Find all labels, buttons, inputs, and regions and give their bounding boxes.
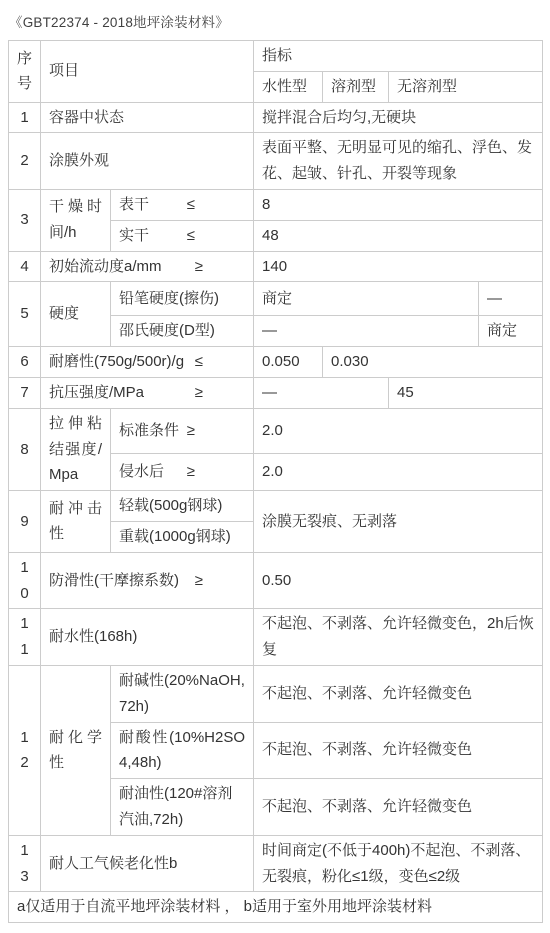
row12-no: 12 — [9, 665, 41, 835]
row1-item: 容器中状态 — [41, 102, 254, 133]
row8-sub1-value: 2.0 — [254, 454, 543, 491]
page: 《GBT22374 - 2018地坪涂装材料》 序号 项目 指标 水性型 溶剂型… — [0, 0, 550, 933]
row3-sub1-label: 实干 ≤ — [111, 220, 254, 251]
row8-sub0-label: 标准条件 ≥ — [111, 408, 254, 454]
row5-sub0-label: 铅笔硬度(擦伤) — [111, 282, 254, 316]
table-row-11: 11 耐水性(168h) 不起泡、不剥落、允许轻微变色，2h后恢复 — [9, 609, 543, 666]
header-no: 序号 — [9, 41, 41, 103]
row3-sub1-value: 48 — [254, 220, 543, 251]
row5-item: 硬度 — [41, 282, 111, 347]
table-row-7: 7 抗压强度/MPa ≥ — 45 — [9, 377, 543, 408]
row8-sub1-label: 侵水后 ≥ — [111, 454, 254, 491]
row10-value: 0.50 — [254, 552, 543, 609]
page-title: 《GBT22374 - 2018地坪涂装材料》 — [9, 11, 542, 31]
header-type-water: 水性型 — [254, 71, 323, 102]
table-row-13: 13 耐人工气候老化性b 时间商定(不低于400h)不起泡、不剥落、无裂痕，粉化… — [9, 835, 543, 892]
row6-no: 6 — [9, 347, 41, 378]
le-symbol: ≤ — [195, 349, 203, 375]
row3-sub0-value: 8 — [254, 189, 543, 220]
table-row-6: 6 耐磨性(750g/500r)/g ≤ 0.050 0.030 — [9, 347, 543, 378]
sub-item-label: 实干 — [119, 223, 149, 249]
row2-value: 表面平整、无明显可见的缩孔、浮色、发花、起皱、针孔、开裂等现象 — [254, 133, 543, 190]
row10-no: 10 — [9, 552, 41, 609]
row5-sub1-value-main: — — [254, 316, 479, 347]
row5-sub1-label: 邵氏硬度(D型) — [111, 316, 254, 347]
row13-value: 时间商定(不低于400h)不起泡、不剥落、无裂痕，粉化≤1级，变色≤2级 — [254, 835, 543, 892]
row7-item: 抗压强度/MPa ≥ — [41, 377, 254, 408]
row12-sub0-label: 耐碱性(20%NaOH,72h) — [111, 665, 254, 722]
row3-no: 3 — [9, 189, 41, 251]
ge-symbol: ≥ — [195, 380, 203, 406]
row8-no: 8 — [9, 408, 41, 490]
item-label: 耐磨性(750g/500r)/g — [49, 349, 184, 375]
row9-sub0-label: 轻载(500g钢球) — [111, 491, 254, 522]
row3-sub0-label: 表干 ≤ — [111, 189, 254, 220]
row6-item: 耐磨性(750g/500r)/g ≤ — [41, 347, 254, 378]
row7-no: 7 — [9, 377, 41, 408]
ge-symbol: ≥ — [187, 418, 195, 444]
row12-sub2-label: 耐油性(120#溶剂汽油,72h) — [111, 779, 254, 836]
sub-item-label: 标准条件 — [119, 418, 179, 444]
row2-item: 涂膜外观 — [41, 133, 254, 190]
row13-no: 13 — [9, 835, 41, 892]
item-label: 初始流动度a/mm — [49, 254, 162, 280]
row12-sub2-value: 不起泡、不剥落、允许轻微变色 — [254, 779, 543, 836]
row7-value-right: 45 — [389, 377, 543, 408]
row5-sub1-value-last: 商定 — [479, 316, 543, 347]
header-row-1: 序号 项目 指标 — [9, 41, 543, 72]
sub-item-label: 侵水后 — [119, 459, 164, 485]
table-row-8a: 8 拉伸粘结强度/Mpa 标准条件 ≥ 2.0 — [9, 408, 543, 454]
table-row-2: 2 涂膜外观 表面平整、无明显可见的缩孔、浮色、发花、起皱、针孔、开裂等现象 — [9, 133, 543, 190]
row2-no: 2 — [9, 133, 41, 190]
ge-symbol: ≥ — [195, 254, 203, 280]
row12-sub0-value: 不起泡、不剥落、允许轻微变色 — [254, 665, 543, 722]
row11-value: 不起泡、不剥落、允许轻微变色，2h后恢复 — [254, 609, 543, 666]
row9-item: 耐冲击性 — [41, 491, 111, 553]
row7-value-left: — — [254, 377, 389, 408]
row9-sub1-label: 重载(1000g钢球) — [111, 521, 254, 552]
row4-value: 140 — [254, 251, 543, 282]
row5-no: 5 — [9, 282, 41, 347]
row12-sub1-value: 不起泡、不剥落、允许轻微变色 — [254, 722, 543, 779]
row13-item: 耐人工气候老化性b — [41, 835, 254, 892]
table-row-12a: 12 耐化学性 耐碱性(20%NaOH,72h) 不起泡、不剥落、允许轻微变色 — [9, 665, 543, 722]
row4-item: 初始流动度a/mm ≥ — [41, 251, 254, 282]
row1-no: 1 — [9, 102, 41, 133]
footnote-row: a仅适用于自流平地坪涂装材料 ， b适用于室外用地坪涂装材料 — [9, 892, 543, 923]
ge-symbol: ≥ — [187, 459, 195, 485]
row3-item: 干燥时间/h — [41, 189, 111, 251]
table-row-3a: 3 干燥时间/h 表干 ≤ 8 — [9, 189, 543, 220]
header-type-solventfree: 无溶剂型 — [389, 71, 543, 102]
row10-item: 防滑性(干摩擦系数) ≥ — [41, 552, 254, 609]
row8-item: 拉伸粘结强度/Mpa — [41, 408, 111, 490]
le-symbol: ≤ — [187, 192, 195, 218]
table-row-10: 10 防滑性(干摩擦系数) ≥ 0.50 — [9, 552, 543, 609]
row1-value: 搅拌混合后均匀,无硬块 — [254, 102, 543, 133]
row9-value: 涂膜无裂痕、无剥落 — [254, 491, 543, 553]
row6-value-rest: 0.030 — [323, 347, 543, 378]
header-item: 项目 — [41, 41, 254, 103]
footnote: a仅适用于自流平地坪涂装材料 ， b适用于室外用地坪涂装材料 — [9, 892, 543, 923]
header-type-solvent: 溶剂型 — [323, 71, 389, 102]
table-row-1: 1 容器中状态 搅拌混合后均匀,无硬块 — [9, 102, 543, 133]
item-label: 抗压强度/MPa — [49, 380, 144, 406]
row11-no: 11 — [9, 609, 41, 666]
table-row-4: 4 初始流动度a/mm ≥ 140 — [9, 251, 543, 282]
row4-no: 4 — [9, 251, 41, 282]
spec-table: 序号 项目 指标 水性型 溶剂型 无溶剂型 1 容器中状态 搅拌混合后均匀,无硬… — [8, 40, 543, 923]
sub-item-label: 表干 — [119, 192, 149, 218]
row5-sub0-value-last: — — [479, 282, 543, 316]
ge-symbol: ≥ — [195, 568, 203, 594]
table-row-9a: 9 耐冲击性 轻载(500g钢球) 涂膜无裂痕、无剥落 — [9, 491, 543, 522]
row5-sub0-value-main: 商定 — [254, 282, 479, 316]
row11-item: 耐水性(168h) — [41, 609, 254, 666]
row12-sub1-label: 耐酸性(10%H2SO4,48h) — [111, 722, 254, 779]
item-label: 防滑性(干摩擦系数) — [49, 568, 179, 594]
row12-item: 耐化学性 — [41, 665, 111, 835]
le-symbol: ≤ — [187, 223, 195, 249]
table-row-5a: 5 硬度 铅笔硬度(擦伤) 商定 — — [9, 282, 543, 316]
row8-sub0-value: 2.0 — [254, 408, 543, 454]
header-indicator: 指标 — [254, 41, 543, 72]
row6-value-water: 0.050 — [254, 347, 323, 378]
row9-no: 9 — [9, 491, 41, 553]
